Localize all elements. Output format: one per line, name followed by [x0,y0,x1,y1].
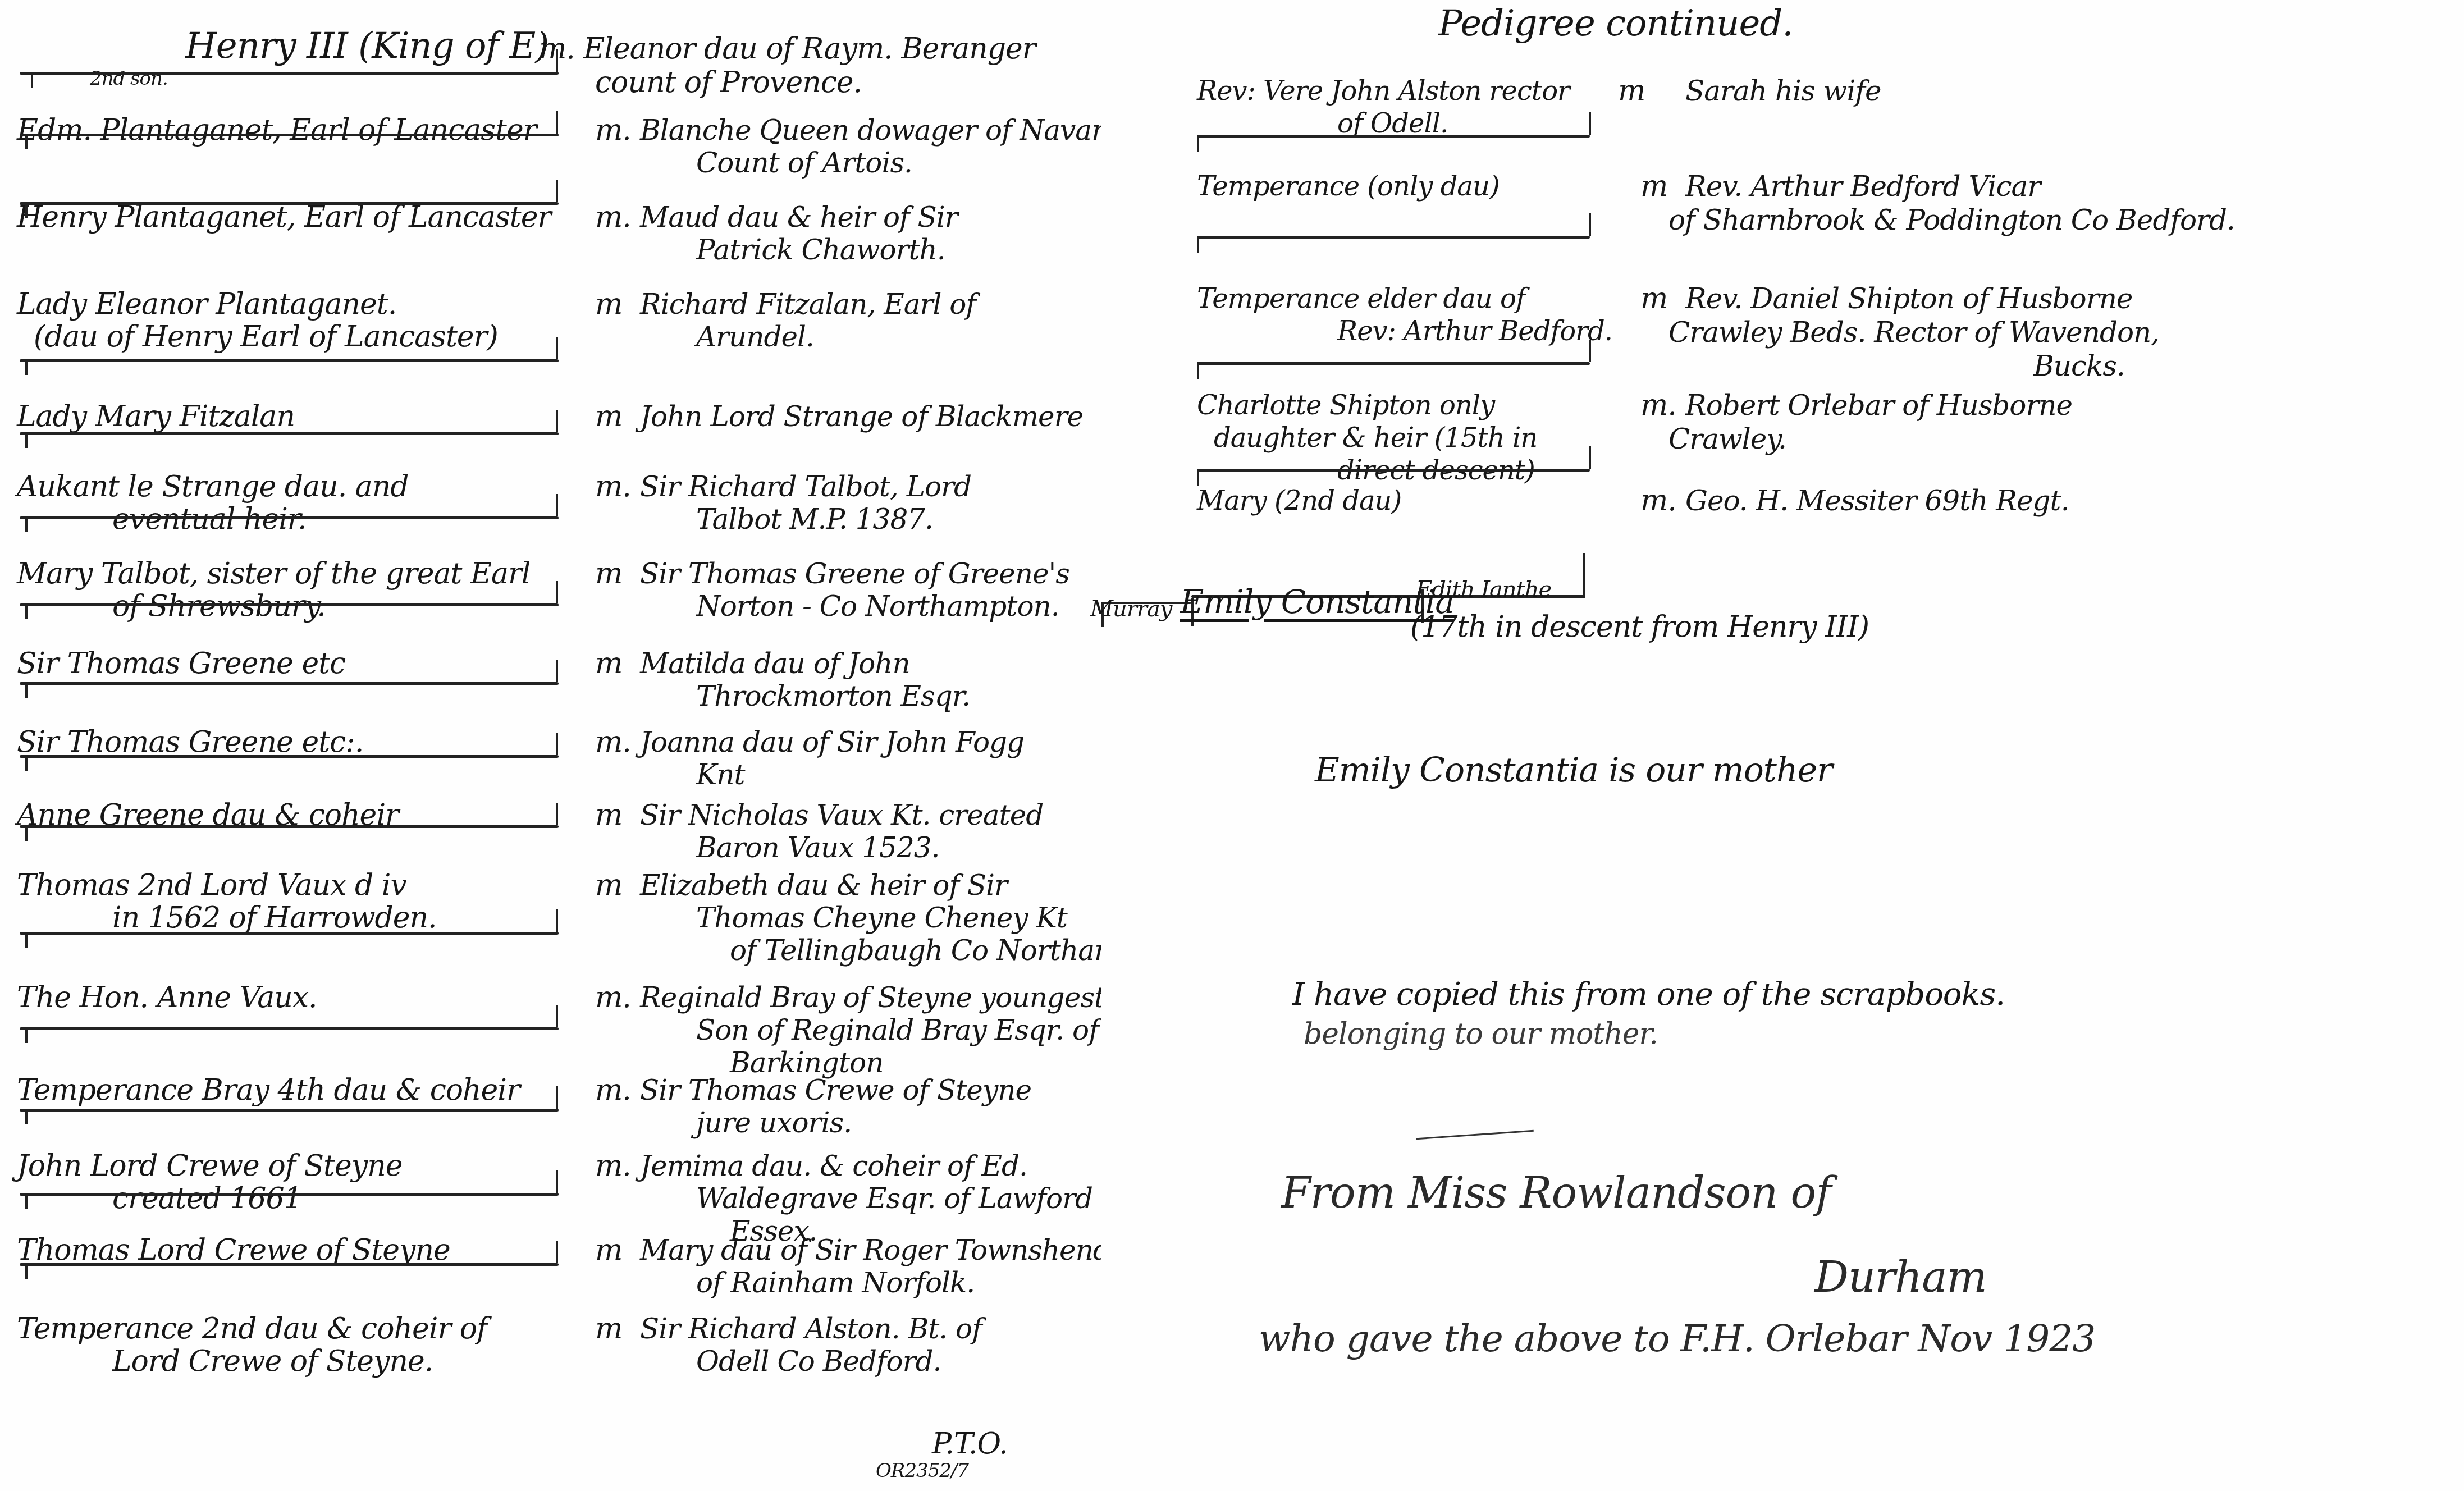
descent-tick [25,1193,28,1209]
provenance-line3: who gave the above to F.H. Orlebar Nov 1… [1259,1314,2095,1364]
marriage-marker: m. [595,724,631,760]
marriage-marker: m [595,286,622,322]
person-name: eventual heir. [112,501,307,537]
descent-tick [1197,135,1199,152]
generation-rule [1197,362,1590,365]
bracket-tick [556,1086,558,1109]
bracket-tick [556,1241,558,1263]
person-name: Temperance elder dau of [1197,281,1525,317]
spouse-name: Norton - Co Northampton. [696,588,1059,624]
bracket-tick [556,909,558,932]
spouse-name: Geo. H. Messiter 69th Regt. [1685,483,2069,519]
bracket-tick [1589,213,1591,236]
generation-rule [1197,236,1590,239]
spouse-name: Sir Richard Alston. Bt. of [640,1311,982,1347]
descent-tick [25,134,28,149]
child-murray: Murray [1090,598,1172,620]
spouse-name: Crawley. [1668,421,1786,457]
marriage-marker: m [1640,168,1667,204]
spouse-name: Rev. Daniel Shipton of Husborne [1685,281,2132,317]
spouse-name: Odell Co Bedford. [696,1343,941,1379]
generation-rule [20,202,559,205]
marriage-marker: m. [595,980,631,1016]
son-note: 2nd son. [90,67,168,90]
generation-rule [20,682,559,685]
spouse-name: Throckmorton Esqr. [696,678,970,714]
person-name: Temperance (only dau) [1197,168,1500,204]
generation-rule [1197,135,1590,138]
descent-tick [25,432,28,448]
spouse-name: Sir Thomas Crewe of Steyne [640,1072,1031,1108]
note-copied: I have copied this from one of the scrap… [1292,977,2005,1013]
generation-rule [20,1027,559,1030]
spouse-name: of Rainham Norfolk. [696,1265,975,1301]
generation-rule [20,825,559,828]
spouse-name: Arundel. [696,319,814,355]
head-spouse-line1: m. Eleanor dau of Raym. Beranger [539,31,1036,67]
right-page: Pedigree continued. Rev: Vere John Alsto… [1101,0,2464,1491]
spouse-name: Reginald Bray of Steyne youngest [640,980,1105,1016]
generation-rule [20,359,559,362]
spouse-name: Rev. Arthur Bedford Vicar [1685,168,2040,204]
bracket-tick [1589,112,1591,135]
descent-tick [25,516,28,532]
generation-rule [20,516,559,519]
spouse-name: Sir Nicholas Vaux Kt. created [640,797,1043,833]
bracket-tick [556,180,558,202]
generation-rule [20,932,559,935]
person-name: Sir Thomas Greene etc [17,646,345,682]
person-name: created 1661 [112,1181,302,1216]
tick [1583,553,1585,598]
person-name: Rev: Vere John Alston rector [1197,73,1570,109]
bracket-tick [556,1005,558,1027]
person-name: John Lord Crewe of Steyne [17,1148,402,1184]
spouse-name: Robert Orlebar of Husborne [1685,387,2072,423]
archive-reference: OR2352/7 [876,1460,968,1482]
spouse-name: Richard Fitzalan, Earl of [640,286,976,322]
marriage-marker: m [1640,281,1667,317]
descent-note: (17th in descent from Henry III) [1410,609,1869,645]
descent-tick [25,932,28,948]
descent-tick [31,72,33,88]
person-name: Lady Mary Fitzalan [17,399,295,435]
bracket-tick [556,660,558,682]
left-page: Henry III (King of E) m. Eleanor dau of … [0,0,1101,1491]
generation-rule [20,1109,559,1112]
bracket-tick [556,733,558,755]
spouse-name: Patrick Chaworth. [696,232,945,268]
spouse-name: Joanna dau of Sir John Fogg [640,724,1024,760]
spouse-name: Elizabeth dau & heir of Sir [640,867,1007,903]
spouse-name: Mary dau of Sir Roger Townshend [640,1232,1110,1268]
marriage-marker: m [1618,73,1645,109]
generation-rule [1197,469,1590,472]
generation-rule [20,72,559,75]
head-spouse-line2: count of Provence. [595,65,862,100]
marriage-marker: m. [1640,483,1676,519]
person-name: (dau of Henry Earl of Lancaster) [34,319,498,355]
note-mother: Emily Constantia is our mother [1315,752,1832,788]
bracket-tick [556,803,558,825]
bracket-tick [556,494,558,516]
bracket-tick [556,111,558,134]
person-name: Temperance 2nd dau & coheir of [17,1311,487,1347]
spouse-name: Son of Reginald Bray Esqr. of [696,1012,1099,1048]
marriage-marker: m [595,867,622,903]
head-person: Henry III (King of E) [185,28,548,64]
provenance-line2: Durham [1814,1252,1987,1302]
spouse-name: Count of Artois. [696,145,912,181]
spouse-name: Bucks. [2033,348,2125,384]
descent-tick [25,1109,28,1124]
bracket-tick [1589,446,1591,469]
generation-rule [20,1263,559,1266]
marriage-marker: m [595,646,622,682]
generation-rule [20,755,559,758]
provenance-line1: From Miss Rowlandson of [1281,1168,1831,1218]
bracket-tick [556,410,558,432]
spouse-name: Crawley Beds. Rector of Wavendon, [1668,314,2159,350]
pto-note: P.T.O. [932,1426,1008,1462]
child-edith-ianthe: Edith Ianthe [1416,578,1551,601]
generation-rule [20,134,559,136]
bracket-tick [556,337,558,359]
person-name: Lord Crewe of Steyne. [112,1343,433,1379]
spouse-name: Waldegrave Esqr. of Lawford [696,1181,1092,1216]
generation-rule [20,1193,559,1196]
person-name: The Hon. Anne Vaux. [17,980,317,1016]
spouse-name: Sarah his wife [1685,73,1881,109]
note-belonging: belonging to our mother. [1304,1016,1658,1052]
descent-tick [25,1263,28,1279]
spouse-name: Sir Thomas Greene of Greene's [640,556,1069,592]
marriage-marker: m. [595,112,631,148]
person-name: daughter & heir (15th in [1214,420,1537,456]
person-name: Temperance Bray 4th dau & coheir [17,1072,520,1108]
spouse-name: Knt [696,757,745,793]
descent-tick [1197,362,1199,379]
bracket-tick [556,581,558,603]
marriage-marker: m. [595,199,631,235]
marriage-marker: m [595,1232,622,1268]
spouse-name: Matilda dau of John [640,646,910,682]
person-name: of Shrewsbury. [112,588,326,624]
descent-tick [25,202,28,218]
person-name: Rev: Arthur Bedford. [1337,313,1612,349]
spouse-name: Baron Vaux 1523. [696,830,939,866]
person-name: Lady Eleanor Plantaganet. [17,286,396,322]
spouse-name: Sir Richard Talbot, Lord [640,469,971,505]
person-name: Charlotte Shipton only [1197,387,1494,423]
marriage-marker: m [595,399,622,435]
marriage-marker: m. [1640,387,1676,423]
person-name: in 1562 of Harrowden. [112,900,437,936]
marriage-marker: m [595,556,622,592]
descent-tick [25,825,28,841]
spouse-name: Talbot M.P. 1387. [696,501,933,537]
spouse-name: Jemima dau. & coheir of Ed. [640,1148,1027,1184]
marriage-marker: m. [595,1072,631,1108]
spouse-name: of Sharnbrook & Poddington Co Bedford. [1668,202,2235,238]
generation-rule [20,432,559,435]
pedigree-title: Pedigree continued. [1438,6,1793,42]
spouse-name: Maud dau & heir of Sir [640,199,958,235]
marriage-marker: m. [595,1148,631,1184]
person-name: Thomas 2nd Lord Vaux d iv [17,867,406,903]
marriage-marker: m. [595,469,631,505]
bracket-tick [1589,340,1591,362]
person-name: Mary (2nd dau) [1197,483,1401,519]
person-name: Edm. Plantaganet, Earl of Lancaster [17,112,537,148]
spouse-name: John Lord Strange of Blackmere [640,399,1083,435]
descent-tick [1197,236,1199,253]
spouse-name: Blanche Queen dowager of Navarre, [640,112,1141,148]
descent-tick [25,755,28,771]
separator-dash [1416,1130,1534,1140]
descent-tick [25,603,28,619]
bracket-tick [556,49,558,72]
descent-tick [25,359,28,375]
descent-tick [25,1027,28,1043]
descent-tick [25,682,28,698]
bracket-tick [556,1170,558,1193]
person-name: Mary Talbot, sister of the great Earl [17,556,530,592]
marriage-marker: m [595,1311,622,1347]
person-name: Aukant le Strange dau. and [17,469,408,505]
marriage-marker: m [595,797,622,833]
generation-rule [20,603,559,606]
spouse-name: Thomas Cheyne Cheney Kt [696,900,1067,936]
spouse-name: jure uxoris. [696,1105,852,1141]
